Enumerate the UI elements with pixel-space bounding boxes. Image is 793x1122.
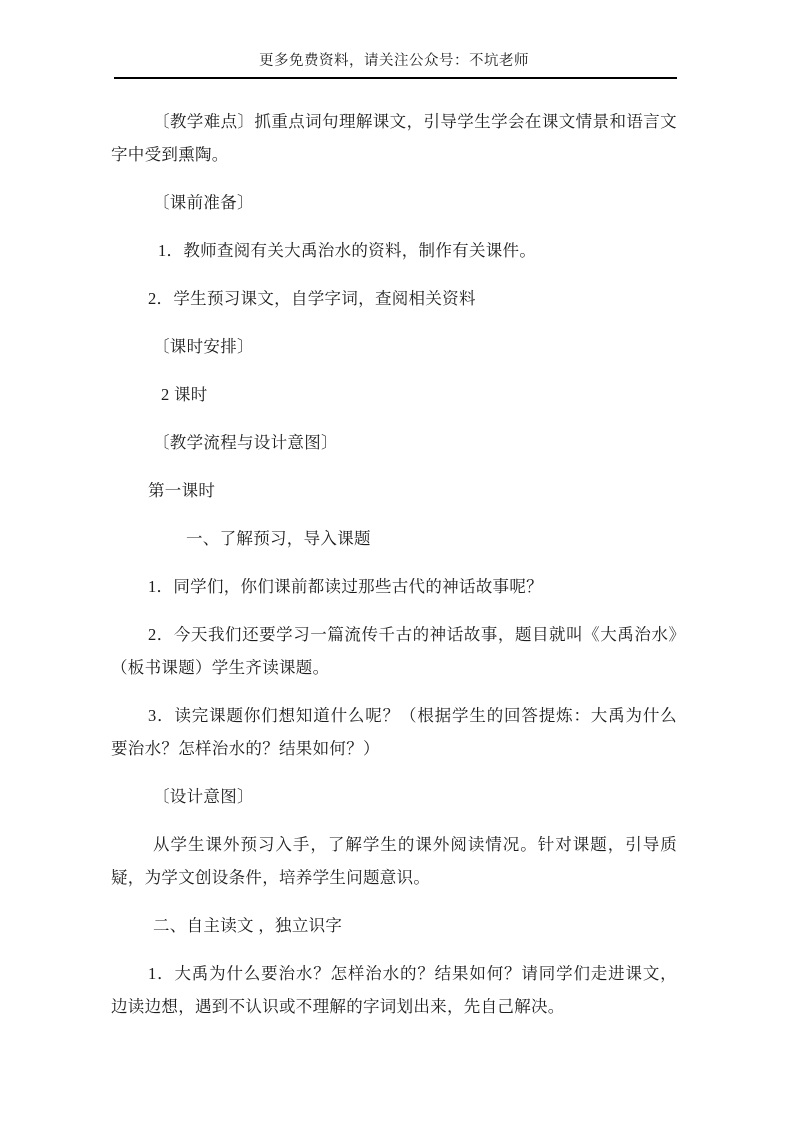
para-step-1-item-2: 2．今天我们还要学习一篇流传千古的神话故事，题目就叫《大禹治水》（板书课题）学生… <box>111 618 677 684</box>
document-body: 〔教学难点〕抓重点词句理解课文，引导学生学会在课文情景和语言文字中受到熏陶。 〔… <box>111 105 677 1023</box>
para-schedule-heading: 〔课时安排〕 <box>111 330 677 363</box>
para-design-intent-text: 从学生课外预习入手，了解学生的课外阅读情况。针对课题，引导质疑，为学文创设条件，… <box>111 828 677 894</box>
para-step-2-heading: 二、自主读文 ，独立识字 <box>111 909 677 942</box>
para-lesson-1-title: 第一课时 <box>111 474 677 507</box>
para-preparation-heading: 〔课前准备〕 <box>111 186 677 219</box>
para-schedule-value: 2 课时 <box>111 378 677 411</box>
para-preparation-item-2: 2．学生预习课文，自学字词，查阅相关资料 <box>111 282 677 315</box>
para-design-intent-heading: 〔设计意图〕 <box>111 780 677 813</box>
para-step-1-heading: 一、了解预习，导入课题 <box>111 522 677 555</box>
para-process-heading: 〔教学流程与设计意图〕 <box>111 426 677 459</box>
header-notice: 更多免费资料，请关注公众号：不坑老师 <box>111 0 677 72</box>
text-column: 更多免费资料，请关注公众号：不坑老师 〔教学难点〕抓重点词句理解课文，引导学生学… <box>111 0 677 1023</box>
para-teaching-difficulty: 〔教学难点〕抓重点词句理解课文，引导学生学会在课文情景和语言文字中受到熏陶。 <box>111 105 677 171</box>
header-divider <box>114 77 677 79</box>
para-step-2-item-1: 1．大禹为什么要治水？怎样治水的？结果如何？请同学们走进课文，边读边想，遇到不认… <box>111 957 677 1023</box>
para-step-1-item-3: 3．读完课题你们想知道什么呢？（根据学生的回答提炼：大禹为什么要治水？怎样治水的… <box>111 699 677 765</box>
para-preparation-item-1: 1．教师查阅有关大禹治水的资料，制作有关课件。 <box>111 234 677 267</box>
para-step-1-item-1: 1．同学们，你们课前都读过那些古代的神话故事呢？ <box>111 570 677 603</box>
document-page: 更多免费资料，请关注公众号：不坑老师 〔教学难点〕抓重点词句理解课文，引导学生学… <box>0 0 793 1122</box>
